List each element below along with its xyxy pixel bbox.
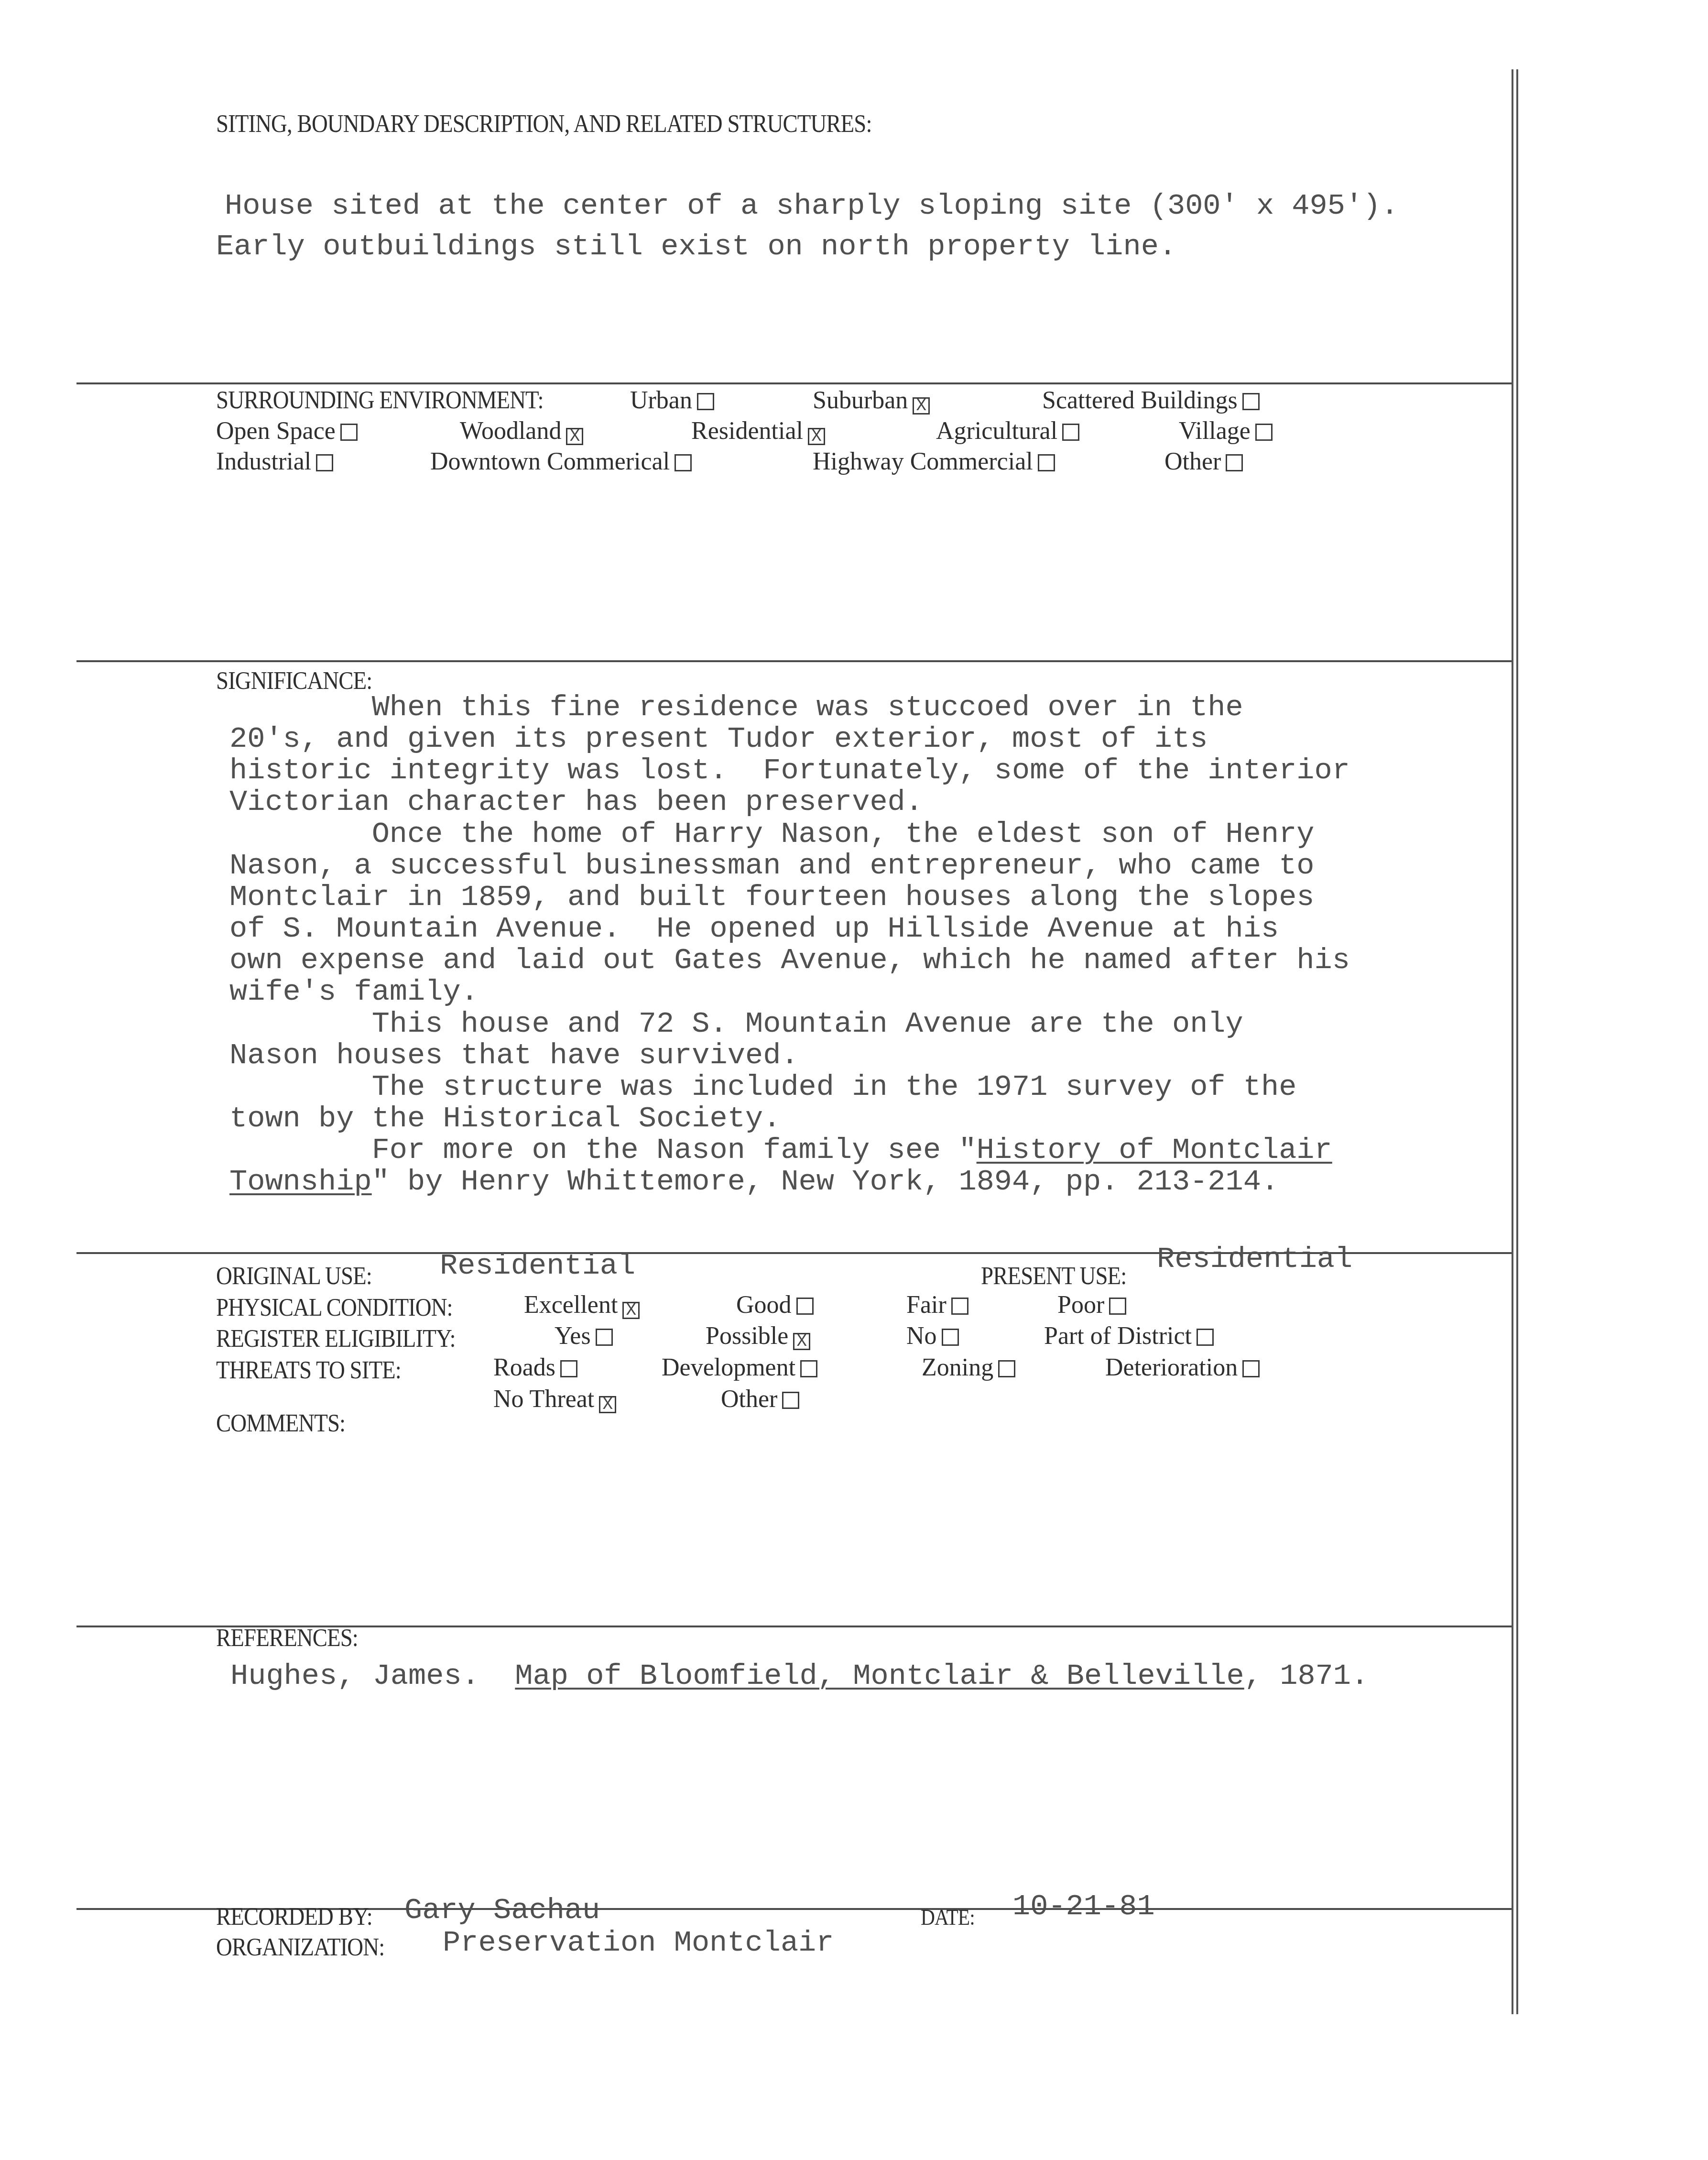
checkbox-part-of-district[interactable] <box>1197 1329 1214 1346</box>
right-border-line-inner <box>1516 69 1518 2014</box>
condition-option-fair[interactable]: Fair <box>906 1291 968 1319</box>
checkbox-village[interactable] <box>1255 424 1273 441</box>
book-title-part-2: Township <box>229 1165 372 1199</box>
survey-form-page: SITING, BOUNDARY DESCRIPTION, AND RELATE… <box>0 0 1708 2160</box>
significance-line: The structure was included in the 1971 s… <box>229 1070 1296 1104</box>
siting-label: SITING, BOUNDARY DESCRIPTION, AND RELATE… <box>216 110 872 138</box>
env-option-suburban[interactable]: SuburbanX <box>813 386 930 415</box>
eligibility-option-label: Possible <box>706 1322 788 1350</box>
threat-option-no-threat[interactable]: No ThreatX <box>493 1385 616 1413</box>
checkbox-deterioration[interactable] <box>1242 1360 1260 1377</box>
threat-option-label: Zoning <box>922 1354 993 1381</box>
condition-option-label: Good <box>736 1291 792 1319</box>
env-option-other[interactable]: Other <box>1164 447 1243 476</box>
checkbox-excellent[interactable]: X <box>622 1302 640 1319</box>
env-option-label: Agricultural <box>936 417 1057 445</box>
threats-label: THREATS TO SITE: <box>216 1356 401 1385</box>
comments-label: COMMENTS: <box>216 1409 345 1438</box>
significance-line: Once the home of Harry Nason, the eldest… <box>229 817 1315 851</box>
significance-line: historic integrity was lost. Fortunately… <box>229 753 1350 787</box>
eligibility-option-possible[interactable]: PossibleX <box>706 1322 810 1350</box>
register-eligibility-label: REGISTER ELIGIBILITY: <box>216 1325 456 1353</box>
env-option-scattered-buildings[interactable]: Scattered Buildings <box>1042 386 1260 415</box>
condition-option-excellent[interactable]: ExcellentX <box>524 1291 640 1319</box>
env-option-downtown-commercial[interactable]: Downtown Commerical <box>430 447 692 476</box>
significance-line: of S. Mountain Avenue. He opened up Hill… <box>229 912 1279 946</box>
environment-label: SURROUNDING ENVIRONMENT: <box>216 386 544 415</box>
env-option-open-space[interactable]: Open Space <box>216 417 358 445</box>
threat-option-label: No Threat <box>493 1385 594 1413</box>
threat-option-label: Roads <box>493 1354 555 1381</box>
env-option-label: Open Space <box>216 417 336 445</box>
eligibility-option-yes[interactable]: Yes <box>555 1322 613 1350</box>
present-use-label: PRESENT USE: <box>981 1262 1126 1290</box>
env-option-label: Scattered Buildings <box>1042 387 1238 414</box>
original-use-value[interactable]: Residential <box>440 1249 635 1283</box>
checkbox-roads[interactable] <box>560 1360 577 1377</box>
section-divider-2 <box>76 660 1512 662</box>
condition-option-label: Fair <box>906 1291 946 1319</box>
env-option-label: Highway Commercial <box>813 448 1033 475</box>
env-option-label: Urban <box>630 387 692 414</box>
eligibility-option-part-of-district[interactable]: Part of District <box>1044 1322 1214 1350</box>
right-border-line-outer <box>1512 69 1513 2014</box>
threat-option-other[interactable]: Other <box>721 1385 799 1413</box>
checkbox-fair[interactable] <box>951 1298 968 1315</box>
checkbox-urban[interactable] <box>697 393 714 410</box>
threat-option-development[interactable]: Development <box>662 1353 817 1382</box>
references-label: REFERENCES: <box>216 1624 358 1652</box>
significance-line: 20's, and given its present Tudor exteri… <box>229 722 1208 756</box>
siting-line-2: Early outbuildings still exist on north … <box>216 229 1176 263</box>
organization-value[interactable]: Preservation Montclair <box>443 1926 834 1960</box>
checkbox-highway-commercial[interactable] <box>1038 454 1055 471</box>
eligibility-option-no[interactable]: No <box>906 1322 959 1350</box>
env-option-urban[interactable]: Urban <box>630 386 714 415</box>
significance-line: When this fine residence was stuccoed ov… <box>229 690 1243 724</box>
physical-condition-label: PHYSICAL CONDITION: <box>216 1294 453 1322</box>
significance-line: own expense and laid out Gates Avenue, w… <box>229 943 1350 977</box>
threat-option-zoning[interactable]: Zoning <box>922 1353 1015 1382</box>
date-label: DATE: <box>921 1905 975 1930</box>
section-divider-1 <box>76 382 1512 384</box>
env-option-highway-commercial[interactable]: Highway Commercial <box>813 447 1055 476</box>
reference-author: Hughes, James. <box>230 1659 479 1693</box>
present-use-value[interactable]: Residential <box>1157 1242 1352 1276</box>
significance-line: Victorian character has been preserved. <box>229 785 923 819</box>
threat-option-label: Deterioration <box>1105 1354 1238 1381</box>
date-value[interactable]: 10-21-81 <box>1012 1889 1155 1923</box>
threat-option-roads[interactable]: Roads <box>493 1353 577 1382</box>
env-option-label: Other <box>1164 448 1221 475</box>
threat-option-label: Development <box>662 1354 795 1381</box>
checkbox-good[interactable] <box>796 1298 814 1315</box>
eligibility-option-label: Part of District <box>1044 1322 1192 1350</box>
significance-line: wife's family. <box>229 975 479 1009</box>
checkbox-possible[interactable]: X <box>793 1333 810 1350</box>
organization-label: ORGANIZATION: <box>216 1933 384 1962</box>
env-option-village[interactable]: Village <box>1179 417 1273 445</box>
env-option-label: Village <box>1179 417 1251 445</box>
eligibility-option-label: Yes <box>555 1322 591 1350</box>
checkbox-residential[interactable]: X <box>808 428 825 445</box>
env-option-agricultural[interactable]: Agricultural <box>936 417 1079 445</box>
threat-option-deterioration[interactable]: Deterioration <box>1105 1353 1260 1382</box>
significance-line: town by the Historical Society. <box>229 1102 781 1135</box>
checkbox-woodland[interactable]: X <box>566 428 583 445</box>
recorded-by-value[interactable]: Gary Sachau <box>404 1893 600 1927</box>
checkbox-development[interactable] <box>800 1360 817 1377</box>
significance-ref-suffix: " by Henry Whittemore, New York, 1894, p… <box>372 1165 1279 1199</box>
env-option-label: Industrial <box>216 448 311 475</box>
recorded-by-label: RECORDED BY: <box>216 1903 372 1931</box>
env-option-label: Downtown Commerical <box>430 448 670 475</box>
checkbox-industrial[interactable] <box>316 454 333 471</box>
significance-line: This house and 72 S. Mountain Avenue are… <box>229 1007 1243 1041</box>
eligibility-option-label: No <box>906 1322 937 1350</box>
condition-option-poor[interactable]: Poor <box>1057 1291 1126 1319</box>
significance-line: Nason houses that have survived. <box>229 1038 799 1072</box>
env-option-label: Suburban <box>813 387 908 414</box>
env-option-woodland[interactable]: WoodlandX <box>460 417 583 445</box>
env-option-label: Residential <box>691 417 803 445</box>
env-option-label: Woodland <box>460 417 561 445</box>
checkbox-open-space[interactable] <box>340 424 358 441</box>
significance-ref-prefix: For more on the Nason family see " <box>229 1133 977 1167</box>
checkbox-scattered-buildings[interactable] <box>1242 393 1260 410</box>
condition-option-good[interactable]: Good <box>736 1291 814 1319</box>
significance-line: Township" by Henry Whittemore, New York,… <box>229 1165 1279 1199</box>
env-option-residential[interactable]: ResidentialX <box>691 417 825 445</box>
threat-option-label: Other <box>721 1385 777 1413</box>
significance-line: Nason, a successful businessman and entr… <box>229 849 1315 883</box>
checkbox-other[interactable] <box>1226 454 1243 471</box>
original-use-label: ORIGINAL USE: <box>216 1262 372 1290</box>
condition-option-label: Poor <box>1057 1291 1104 1319</box>
significance-line: For more on the Nason family see "Histor… <box>229 1133 1332 1167</box>
reference-year: , 1871. <box>1244 1659 1369 1693</box>
book-title-part-1: History of Montclair <box>977 1133 1332 1167</box>
checkbox-downtown-commercial[interactable] <box>674 454 692 471</box>
significance-line: Montclair in 1859, and built fourteen ho… <box>229 880 1315 914</box>
checkbox-yes[interactable] <box>596 1329 613 1346</box>
checkbox-agricultural[interactable] <box>1062 424 1079 441</box>
condition-option-label: Excellent <box>524 1291 618 1319</box>
checkbox-zoning[interactable] <box>998 1360 1015 1377</box>
checkbox-no-threat[interactable]: X <box>599 1396 616 1413</box>
checkbox-threat-other[interactable] <box>782 1392 799 1409</box>
checkbox-poor[interactable] <box>1109 1298 1126 1315</box>
checkbox-no[interactable] <box>942 1329 959 1346</box>
siting-line-1: House sited at the center of a sharply s… <box>225 189 1399 223</box>
reference-title: Map of Bloomfield, Montclair & Bellevill… <box>515 1659 1244 1693</box>
reference-entry: Hughes, James. Map of Bloomfield, Montcl… <box>230 1659 1369 1693</box>
checkbox-suburban[interactable]: X <box>913 397 930 415</box>
env-option-industrial[interactable]: Industrial <box>216 447 333 476</box>
comments-field[interactable] <box>216 1439 1497 1616</box>
